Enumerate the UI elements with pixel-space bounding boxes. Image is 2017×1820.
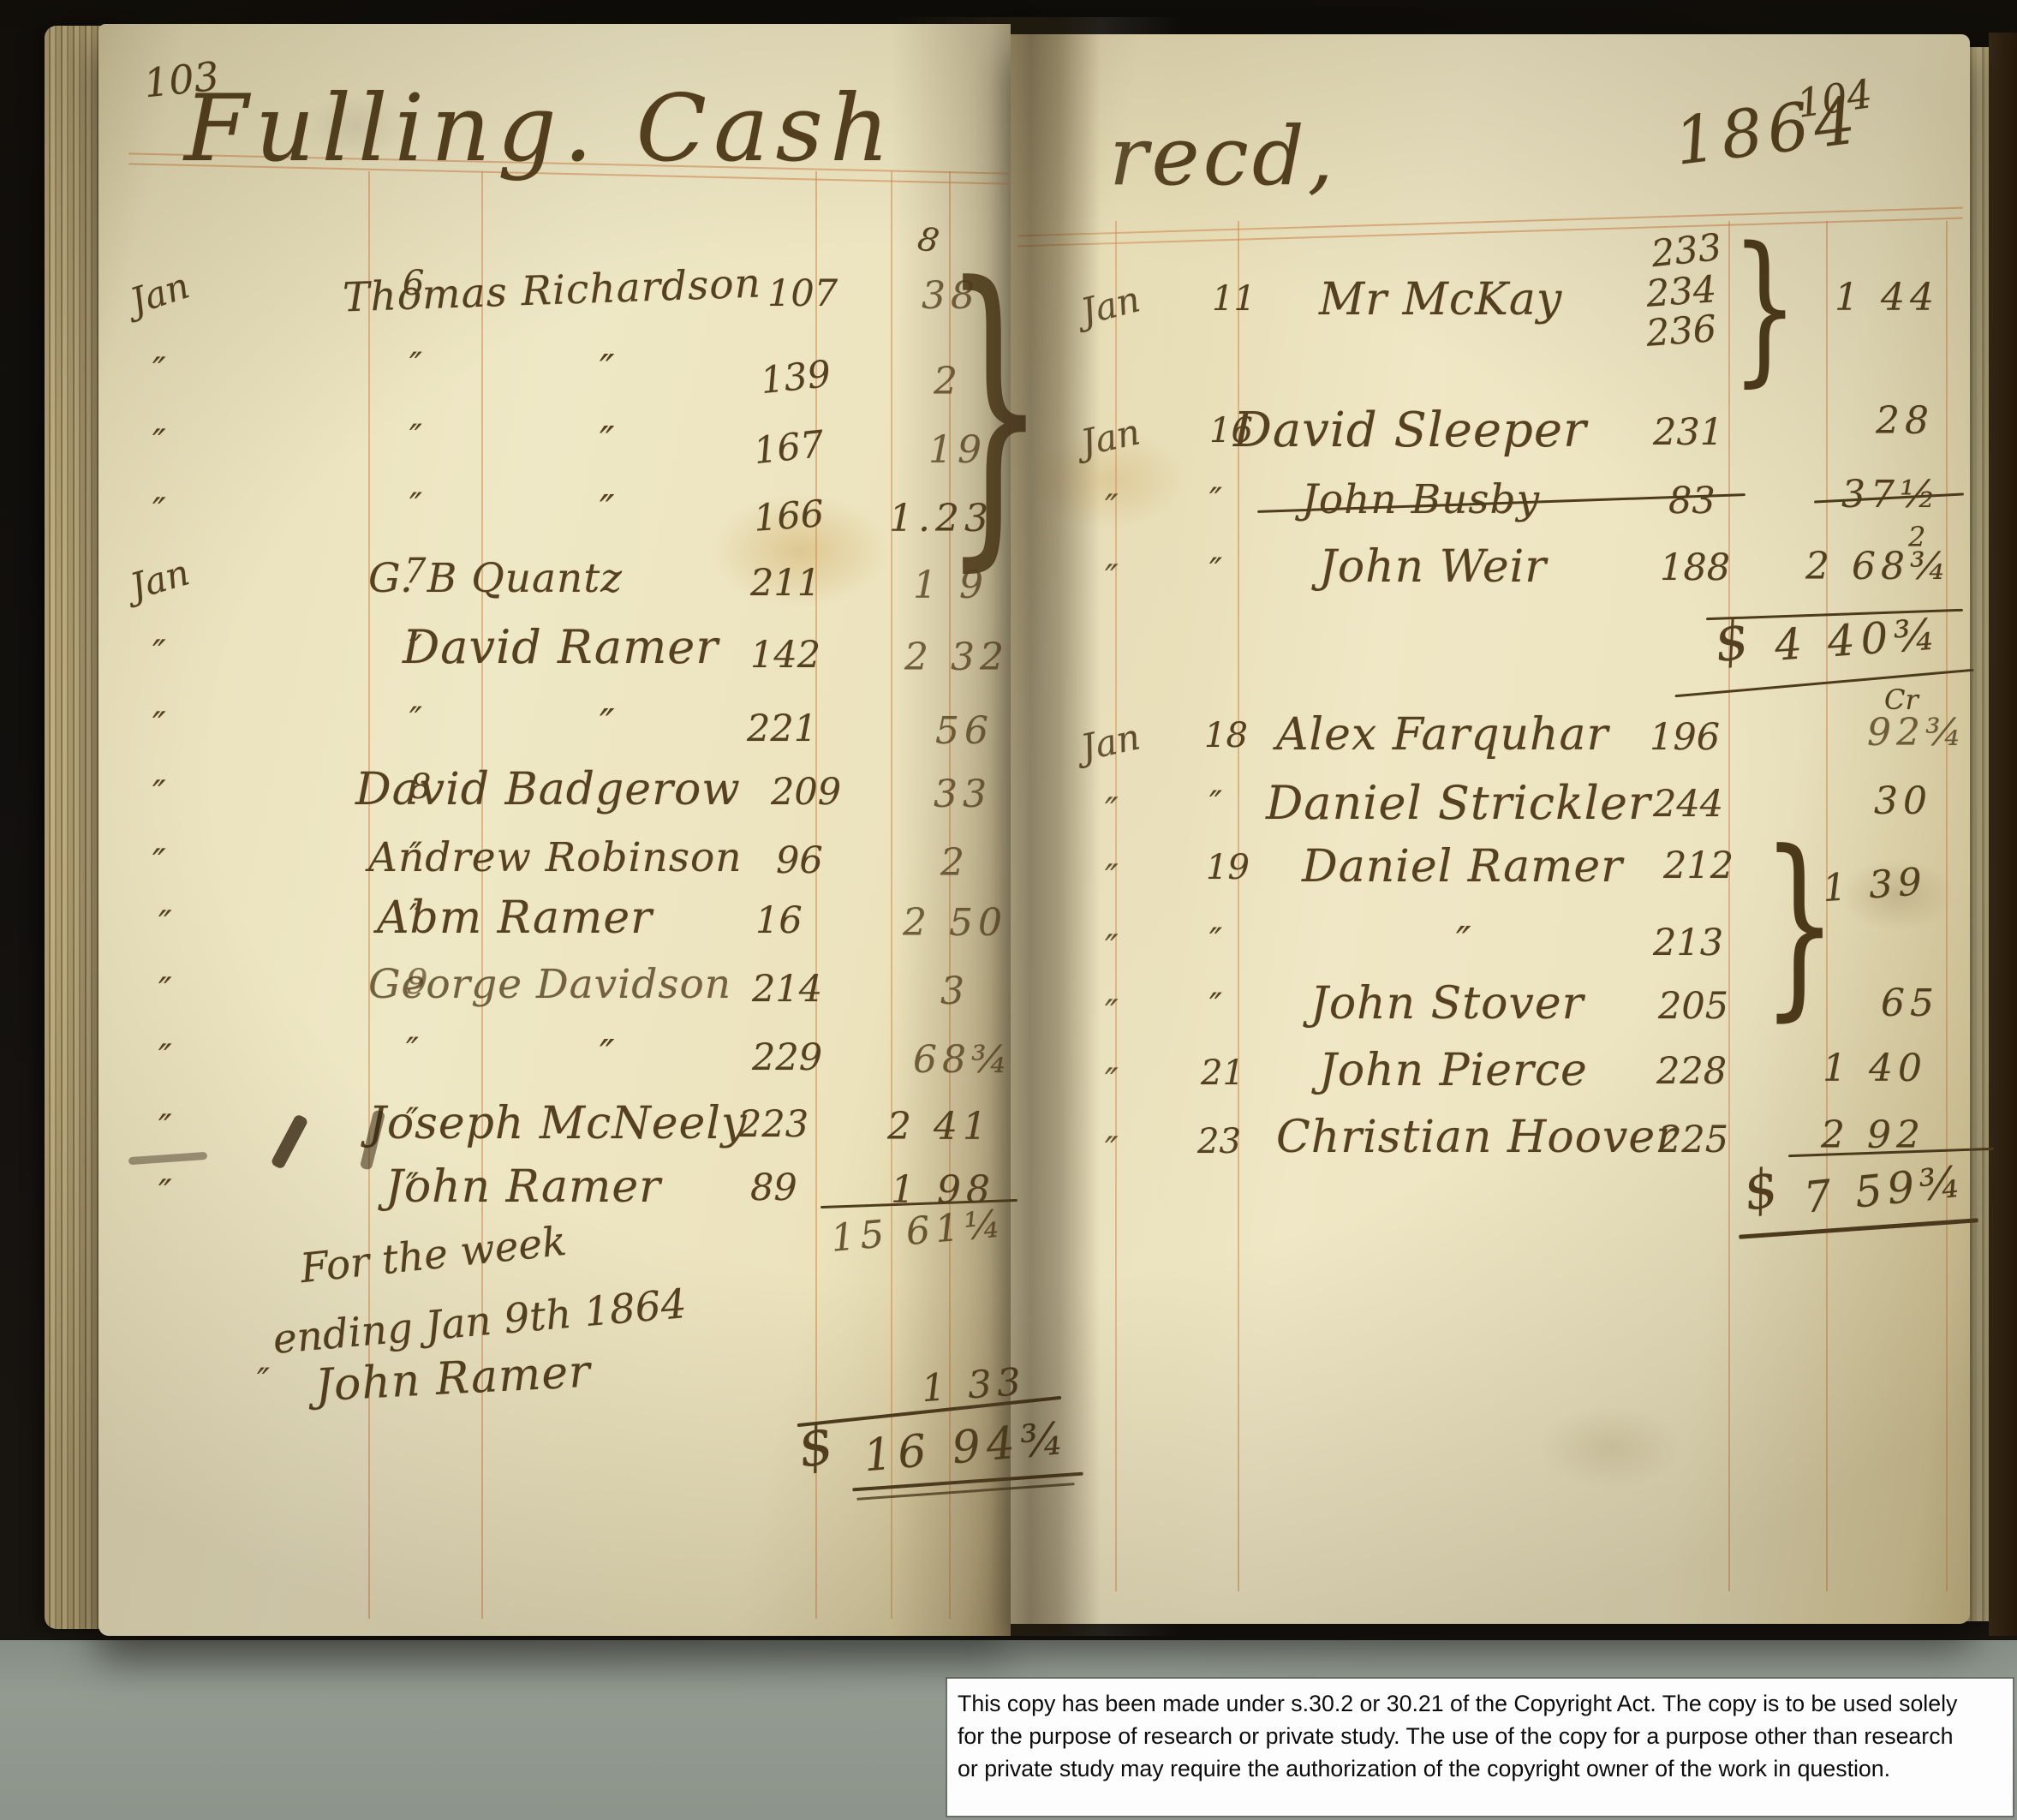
entry-amount: 56 (935, 709, 994, 753)
entry-day: ″ (409, 701, 422, 740)
entry-account: 212 (1663, 844, 1734, 887)
entry-name: Alex Farquhar (1276, 709, 1608, 761)
entry-month: ″ (152, 773, 166, 815)
grouping-brace: } (1762, 810, 1837, 1039)
entry-amount: 2 (940, 841, 970, 885)
grouping-brace: } (1731, 212, 1799, 402)
entry-account: 228 (1656, 1050, 1727, 1093)
entry-month: ″ (1105, 927, 1119, 969)
entry-month: ″ (1105, 1129, 1119, 1171)
entry-account: 231 (1653, 411, 1723, 454)
entry-account: 211 (750, 562, 821, 605)
entry-account: 142 (750, 634, 821, 677)
entry-month: ″ (1105, 1060, 1119, 1102)
entry-month: ″ (152, 704, 166, 746)
entry-amount: 30 (1874, 779, 1932, 823)
entry-name: Christian Hoover (1276, 1112, 1678, 1163)
entry-account: 229 (752, 1036, 822, 1079)
entry-name: Joseph McNeely (368, 1098, 747, 1149)
entry-amount: 33 (934, 773, 992, 816)
entry-month: ″ (1105, 557, 1119, 599)
entry-month: ″ (158, 1036, 172, 1078)
entry-account: 166 (752, 492, 825, 540)
entry-amount: 1 9 (913, 564, 988, 607)
copyright-line: This copy has been made under s.30.2 or … (958, 1691, 1992, 1717)
copyright-line: or private study may require the authori… (958, 1756, 1992, 1782)
entry-account: 167 (752, 423, 826, 473)
entry-day: ″ (1209, 922, 1222, 961)
entry-name: ″ (600, 418, 616, 465)
entry-day: 19 (1206, 848, 1250, 887)
entry-name: Daniel Ramer (1302, 841, 1623, 892)
entry-amount: 92¾ (1867, 711, 1967, 755)
entry-name: ″ (600, 1031, 616, 1078)
entry-day: ″ (409, 346, 422, 385)
entry-name: John Weir (1319, 541, 1547, 593)
entry-amount: 1 39 (1821, 860, 1928, 910)
copyright-notice: This copy has been made under s.30.2 or … (947, 1679, 2013, 1816)
entry-amount: 1 44 (1835, 276, 1939, 319)
entry-month: ″ (158, 970, 172, 1011)
entry-day: ″ (406, 1031, 419, 1071)
entry-name: John Ramer (385, 1161, 661, 1213)
entry-month: ″ (152, 632, 166, 674)
entry-name: John Pierce (1319, 1045, 1588, 1096)
entry-month: ″ (1105, 486, 1119, 528)
entry-name: Daniel Strickler (1266, 776, 1651, 830)
entry-account: 96 (776, 839, 823, 882)
entry-month: ″ (1105, 790, 1119, 832)
page-title-right: recd, (1109, 110, 1337, 204)
entry-account: 213 (1653, 922, 1723, 964)
entry-day: ″ (1209, 552, 1222, 591)
column-rule (1946, 221, 1948, 1591)
entry-day: ″ (1209, 481, 1222, 521)
entry-day: ″ (409, 418, 422, 457)
entry-account: 223 (738, 1103, 809, 1146)
entry-amount: 2 41 (887, 1105, 992, 1149)
book-cover-edge (1989, 33, 2017, 1636)
entry-day: ″ (1209, 987, 1222, 1026)
page-title-left: Fulling. Cash (184, 75, 896, 182)
entry-month: ″ (1105, 992, 1119, 1034)
entry-account: 221 (747, 707, 817, 750)
entry-account: 196 (1650, 716, 1720, 759)
grouping-brace: } (942, 218, 1046, 598)
entry-name: David Sleeper (1233, 403, 1587, 458)
entry-month: ″ (1105, 856, 1119, 898)
entry-amount: 2 68¾ (1805, 545, 1952, 588)
entry-month: ″ (152, 490, 166, 532)
entry-name: David Badgerow (355, 764, 741, 815)
entry-account: 209 (771, 771, 841, 814)
entry-name: ″ (1456, 918, 1472, 965)
entry-day: ″ (1209, 785, 1222, 824)
entry-amount: 28 (1876, 399, 1934, 443)
entry-amount: 2 50 (903, 901, 1007, 945)
entry-name: George Davidson (368, 961, 731, 1008)
entry-day: ″ (409, 486, 422, 526)
entry-month: ″ (158, 1172, 172, 1214)
entry-name: David Ramer (403, 620, 719, 674)
entry-account: 139 (759, 353, 833, 403)
entry-name: Andrew Robinson (368, 834, 743, 881)
entry-account: 83 (1668, 480, 1716, 522)
entry-name: ″ (600, 346, 616, 393)
entry-amount: 2 32 (904, 636, 1009, 679)
entry-month: ″ (158, 1107, 172, 1149)
entry-name: ″ (600, 486, 616, 534)
entry-amount: 68¾ (913, 1038, 1013, 1082)
entry-amount: 65 (1881, 982, 1939, 1025)
ledger-scan: 103 104 Fulling. Cash recd, 1864 8 Jan 6… (0, 0, 2017, 1820)
entry-day: 18 (1204, 716, 1248, 755)
entry-account: 214 (752, 968, 822, 1011)
entry-month: ″ (152, 841, 166, 883)
entry-name: ″ (600, 701, 616, 748)
entry-account: 188 (1660, 546, 1730, 589)
column-rule (891, 171, 892, 1619)
column-rule (1728, 221, 1730, 1591)
entry-day: ″ (257, 1362, 270, 1401)
copyright-line: for the purpose of research or private s… (958, 1723, 1992, 1750)
entry-account: 244 (1653, 783, 1723, 826)
entry-name: G. B Quantz (368, 555, 623, 602)
entry-name: Abm Ramer (377, 892, 653, 944)
entry-name: Mr McKay (1319, 274, 1562, 325)
entry-day: 11 (1212, 279, 1256, 319)
entry-account: 205 (1658, 985, 1728, 1028)
entry-account: 225 (1658, 1119, 1728, 1161)
entry-day: 21 (1201, 1053, 1244, 1093)
entry-account: 107 (767, 272, 838, 315)
entry-account: 89 (750, 1167, 797, 1209)
entry-amount: 3 (940, 970, 970, 1013)
entry-month: ″ (152, 349, 166, 391)
entry-day: 23 (1197, 1122, 1241, 1161)
entry-account: 16 (755, 899, 803, 942)
entry-month: ″ (158, 903, 172, 945)
entry-month: ″ (152, 421, 166, 463)
entry-account: 236 (1644, 307, 1717, 355)
entry-name: John Stover (1310, 978, 1584, 1029)
entry-amount: 1 40 (1823, 1047, 1927, 1090)
entry-name: John Busby (1302, 476, 1540, 523)
